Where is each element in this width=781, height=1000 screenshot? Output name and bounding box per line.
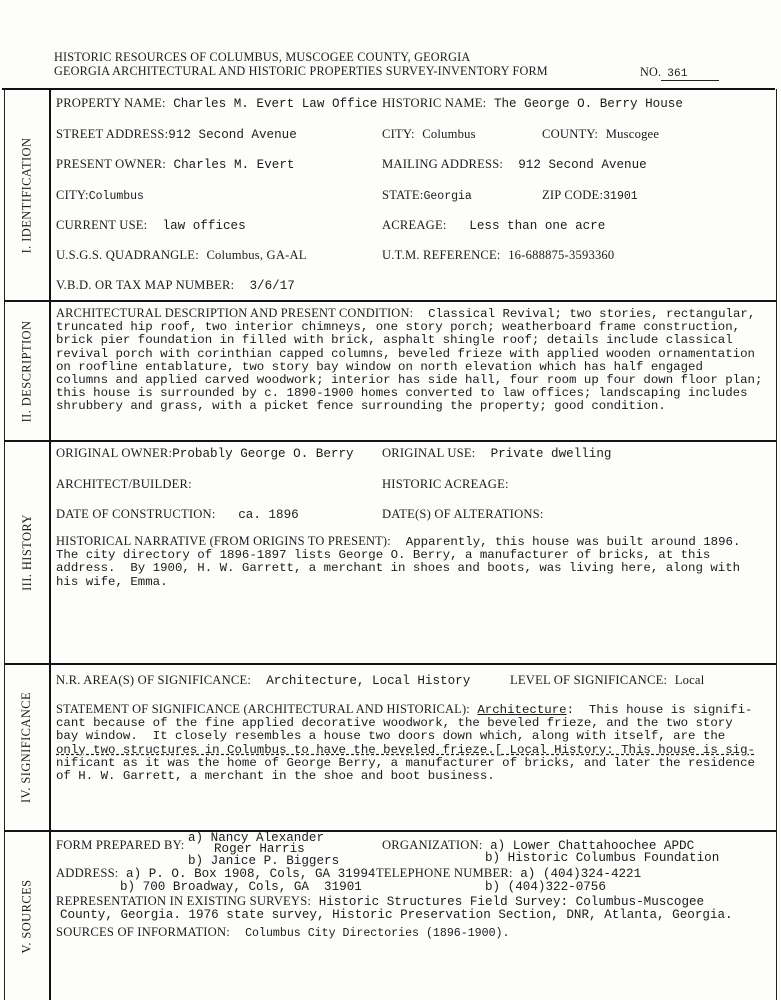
narrative-label: HISTORICAL NARRATIVE (FROM ORIGINS TO PR… <box>56 534 391 548</box>
present-owner-value: Charles M. Evert <box>174 158 295 172</box>
utm-reference-value: 16-688875-3593360 <box>508 248 614 262</box>
county-field: COUNTY: Muscogee <box>542 127 659 143</box>
historic-acreage-field: HISTORIC ACREAGE: <box>382 477 509 493</box>
street-address-value: 912 Second Avenue <box>168 128 296 142</box>
date-construction-field: DATE OF CONSTRUCTION: ca. 1896 <box>56 507 299 523</box>
zip-field: ZIP CODE:31901 <box>542 188 638 204</box>
state-value: Georgia <box>423 190 471 203</box>
organization-b: b) Historic Columbus Foundation <box>485 851 719 866</box>
property-name-field: PROPERTY NAME: Charles M. Evert Law Offi… <box>56 96 377 112</box>
utm-reference-field: U.T.M. REFERENCE: 16-688875-3593360 <box>382 248 614 264</box>
divider-sources <box>4 830 776 832</box>
section-label-history: III. HISTORY <box>5 442 49 663</box>
usgs-quadrangle-field: U.S.G.S. QUADRANGLE: Columbus, GA-AL <box>56 248 307 264</box>
original-owner-value: Probably George O. Berry <box>172 447 353 461</box>
form-number-label: NO. <box>640 65 661 79</box>
address-b: b) 700 Broadway, Cols, GA 31901 <box>120 880 362 895</box>
form-prepared-by-field: FORM PREPARED BY: <box>56 838 184 854</box>
section-label-divider <box>49 89 51 1000</box>
divider-history <box>4 440 776 442</box>
current-use-value: law offices <box>163 219 246 233</box>
nr-areas-field: N.R. AREA(S) OF SIGNIFICANCE: Architectu… <box>56 673 470 689</box>
date-construction-value: ca. 1896 <box>238 508 298 522</box>
mailing-address-field: MAILING ADDRESS: 912 Second Avenue <box>382 157 647 173</box>
telephone-b: b) (404)322-0756 <box>485 880 606 895</box>
form-title-line-1: HISTORIC RESOURCES OF COLUMBUS, MUSCOGEE… <box>54 50 470 65</box>
usgs-quadrangle-value: Columbus, GA-AL <box>206 248 306 262</box>
property-name-value: Charles M. Evert Law Office <box>173 97 377 111</box>
description-label: ARCHITECTURAL DESCRIPTION AND PRESENT CO… <box>56 306 413 320</box>
level-of-significance-field: LEVEL OF SIGNIFICANCE: Local <box>510 673 704 689</box>
sources-of-information-field: SOURCES OF INFORMATION: Columbus City Di… <box>56 925 509 941</box>
county-value: Muscogee <box>606 127 659 141</box>
divider-description <box>4 300 776 302</box>
acreage-value: Less than one acre <box>469 219 605 233</box>
architect-builder-field: ARCHITECT/BUILDER: <box>56 477 192 493</box>
historic-name-value: The George O. Berry House <box>494 97 683 111</box>
section-label-significance: IV. SIGNIFICANCE <box>5 665 49 830</box>
date-alterations-field: DATE(S) OF ALTERATIONS: <box>382 507 544 523</box>
section-label-identification: I. IDENTIFICATION <box>5 90 49 300</box>
original-owner-field: ORIGINAL OWNER:Probably George O. Berry <box>56 446 354 462</box>
level-value: Local <box>675 673 705 687</box>
form-number-value: 361 <box>661 68 719 81</box>
current-use-field: CURRENT USE: law offices <box>56 218 246 234</box>
form-number: NO.361 <box>640 65 719 81</box>
statement-of-significance: STATEMENT OF SIGNIFICANCE (ARCHITECTURAL… <box>56 703 772 783</box>
original-use-field: ORIGINAL USE: Private dwelling <box>382 446 611 462</box>
street-address-field: STREET ADDRESS:912 Second Avenue <box>56 127 297 143</box>
section-label-description: II. DESCRIPTION <box>5 302 49 440</box>
city-field: CITY: Columbus <box>382 127 476 143</box>
representation-line-2: County, Georgia. 1976 state survey, Hist… <box>60 908 733 923</box>
nr-areas-value: Architecture, Local History <box>266 674 470 688</box>
state-field: STATE:Georgia <box>382 188 472 204</box>
tax-map-value: 3/6/17 <box>249 279 294 293</box>
tax-map-field: V.B.D. OR TAX MAP NUMBER: 3/6/17 <box>56 278 295 294</box>
architectural-description: ARCHITECTURAL DESCRIPTION AND PRESENT CO… <box>56 307 772 414</box>
present-owner-field: PRESENT OWNER: Charles M. Evert <box>56 157 294 173</box>
zip-value: 31901 <box>603 190 638 203</box>
acreage-field: ACREAGE: Less than one acre <box>382 218 605 234</box>
historic-name-field: HISTORIC NAME: The George O. Berry House <box>382 96 683 112</box>
owner-city-value: Columbus <box>89 190 144 203</box>
divider-significance <box>4 663 776 665</box>
section-label-sources: V. SOURCES <box>5 832 49 1000</box>
original-use-value: Private dwelling <box>491 447 612 461</box>
form-title-line-2: GEORGIA ARCHITECTURAL AND HISTORIC PROPE… <box>54 64 548 79</box>
historical-narrative: HISTORICAL NARRATIVE (FROM ORIGINS TO PR… <box>56 535 772 589</box>
owner-city-field: CITY:Columbus <box>56 188 144 204</box>
mailing-address-value: 912 Second Avenue <box>518 158 646 172</box>
city-value: Columbus <box>422 127 475 141</box>
statement-label: STATEMENT OF SIGNIFICANCE (ARCHITECTURAL… <box>56 702 470 716</box>
